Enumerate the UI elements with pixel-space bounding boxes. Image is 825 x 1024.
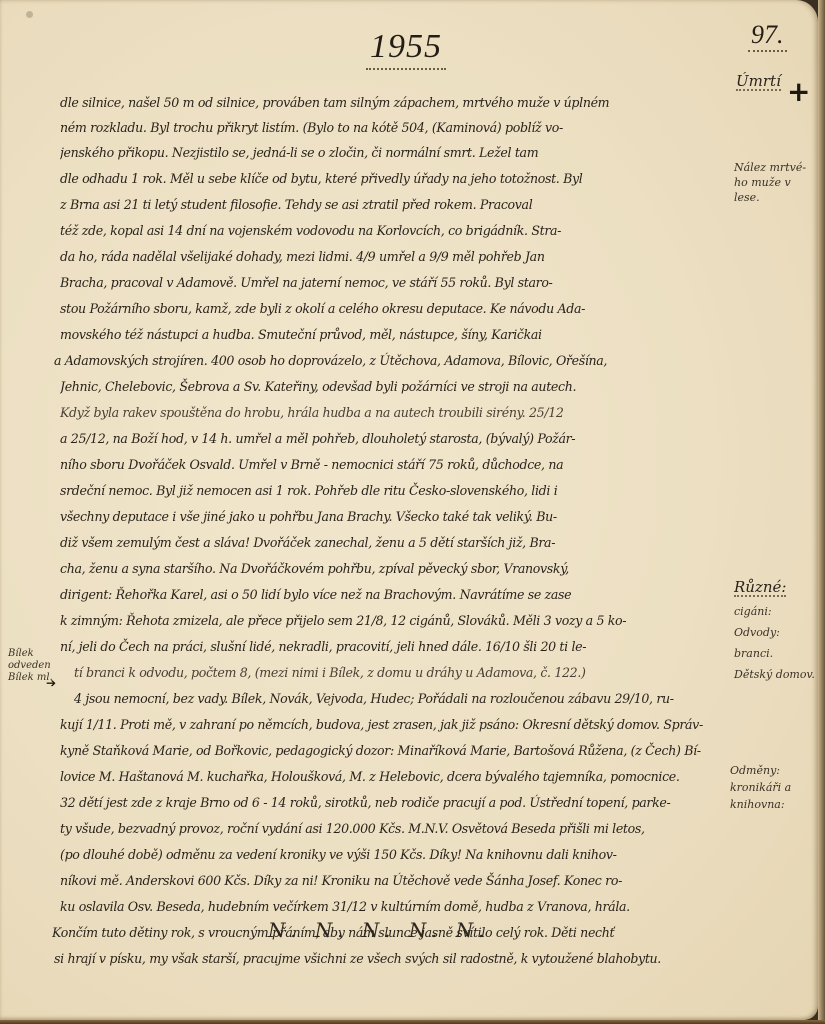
body-line: stou Požárního sboru, kamž, zde byli z o… (60, 300, 750, 318)
body-line: ku oslavila Osv. Beseda, hudebním večírk… (60, 898, 750, 916)
body-line: ném rozkladu. Byl trochu přikryt listím.… (60, 119, 750, 137)
body-line: si hrají v písku, my však starší, pracuj… (54, 950, 754, 968)
arrow-icon: ➔ (46, 676, 56, 690)
body-line: cha, ženu a syna staršího. Na Dvořáčkové… (60, 560, 750, 578)
body-line: ního sboru Dvořáček Osvald. Umřel v Brně… (60, 456, 750, 474)
body-line: kují 1/11. Proti mě, v zahraní po němcíc… (60, 716, 750, 734)
body-line: tí branci k odvodu, počtem 8, (mezi nimi… (74, 664, 750, 682)
body-line: též zde, kopal asi 14 dní na vojenském v… (60, 222, 750, 240)
margin-note-deaths: Úmrtí (736, 74, 781, 91)
body-line: diž všem zemulým čest a sláva! Dvořáček … (60, 534, 750, 552)
year-heading: 1955 (366, 28, 446, 70)
body-line: Jehnic, Chelebovic, Šebrova a Sv. Kateři… (60, 378, 750, 396)
body-line: a 25/12, na Boží hod, v 14 h. umřel a mě… (60, 430, 750, 448)
body-line: níkovi mě. Anderskovi 600 Kčs. Díky za n… (60, 872, 750, 890)
body-line: srdeční nemoc. Byl již nemocen asi 1 rok… (60, 482, 750, 500)
body-line: da ho, ráda nadělal všelijaké dohady, me… (60, 248, 750, 266)
paper-stain (26, 11, 33, 18)
body-line: 32 dětí jest zde z kraje Brno od 6 - 14 … (60, 794, 750, 812)
body-line: Bracha, pracoval v Adamově. Umřel na jat… (60, 274, 750, 292)
page-edge-bottom (0, 1020, 825, 1024)
body-line: dle silnice, našel 50 m od silnice, prov… (60, 94, 750, 112)
body-line: Když byla rakev spouštěna do hrobu, hrál… (60, 404, 750, 422)
signature-mark: N. N. N. N. N. (268, 918, 490, 942)
body-line: a Adamovských strojíren. 400 osob ho dop… (54, 352, 754, 370)
death-cross-icon: + (787, 78, 810, 106)
body-line: všechny deputace i vše jiné jako u pohřb… (60, 508, 750, 526)
body-line: jenského přikopu. Nezjistilo se, jedná-l… (60, 144, 750, 162)
body-line: lovice M. Haštanová M. kuchařka, Holoušk… (60, 768, 750, 786)
body-line: ty všude, bezvadný provoz, roční vydání … (60, 820, 750, 838)
body-line: (po dlouhé době) odměnu za vedení kronik… (60, 846, 750, 864)
body-line: movského též nástupci a hudba. Smuteční … (60, 326, 750, 344)
page-number: 97. (748, 20, 787, 52)
body-line: kyně Staňková Marie, od Bořkovic, pedago… (60, 742, 750, 760)
body-line: z Brna asi 21 ti letý student filosofie.… (60, 196, 750, 214)
body-line: k zimným: Řehota zmizela, ale přece přij… (60, 612, 750, 630)
body-line: ní, jeli do Čech na práci, slušní lidé, … (60, 638, 750, 656)
page-edge-right (818, 0, 825, 1024)
chronicle-page: 1955 97. Úmrtí + Nález mrtvé-ho muže v l… (0, 0, 818, 1020)
margin-heading-deaths: Úmrtí (736, 74, 781, 91)
body-line: dle odhadu 1 rok. Měl u sebe klíče od by… (60, 170, 750, 188)
body-line: 4 jsou nemocní, bez vady. Bílek, Novák, … (74, 690, 750, 708)
body-line: dirigent: Řehořka Karel, asi o 50 lidí b… (60, 586, 750, 604)
